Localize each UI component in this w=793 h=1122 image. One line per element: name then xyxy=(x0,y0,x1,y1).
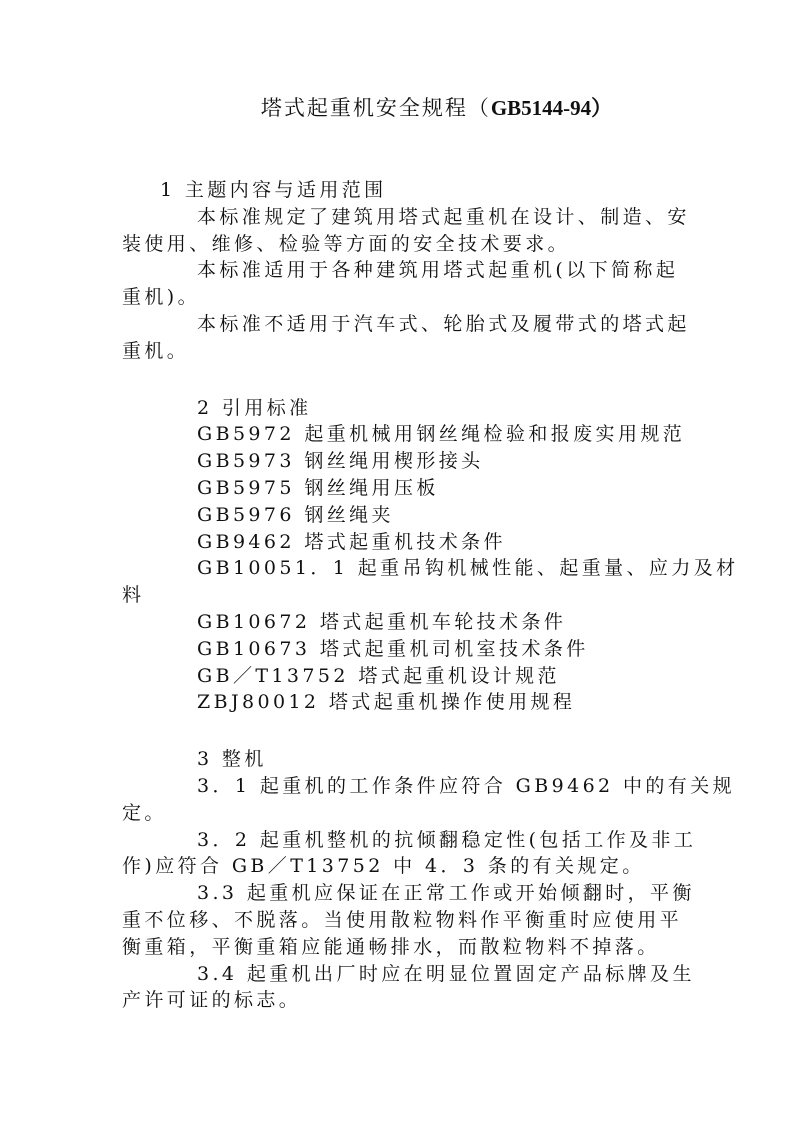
paragraph-line: 衡重箱，平衡重箱应能通畅排水，而散粒物料不掉落。 xyxy=(122,934,662,961)
reference-code: GB5973 xyxy=(197,450,295,472)
paragraph-line: 重不位移、不脱落。当使用散粒物料作平衡重时应使用平 xyxy=(122,907,662,934)
reference-title: 塔式起重机技术条件 xyxy=(304,531,506,553)
reference-title: 起重吊钩机械性能、起重量、应力及材 xyxy=(358,557,739,579)
reference-item: GB／T13752 塔式起重机设计规范 xyxy=(122,663,662,690)
paragraph-line: 装使用、维修、检验等方面的安全技术要求。 xyxy=(122,231,662,258)
paragraph-line: 定。 xyxy=(122,800,662,827)
paragraph-line: 3.3 起重机应保证在正常工作或开始倾翻时，平衡 xyxy=(122,880,662,907)
reference-title: 起重机械用钢丝绳检验和报废实用规范 xyxy=(304,423,685,445)
title-standard-code: GB5144-94） xyxy=(491,96,612,120)
reference-item: GB5976 钢丝绳夹 xyxy=(122,502,662,529)
title-text: 塔式起重机安全规程（ xyxy=(261,96,491,120)
paragraph-line: 3.4 起重机出厂时应在明显位置固定产品标牌及生 xyxy=(122,961,662,988)
reference-item: GB5973 钢丝绳用楔形接头 xyxy=(122,448,662,475)
reference-item: GB10672 塔式起重机车轮技术条件 xyxy=(122,609,662,636)
reference-code: GB10673 xyxy=(197,638,310,660)
reference-item: GB10673 塔式起重机司机室技术条件 xyxy=(122,636,662,663)
reference-code: GB5972 xyxy=(197,423,295,445)
paragraph-line: 3．1 起重机的工作条件应符合 GB9462 中的有关规 xyxy=(122,773,662,800)
reference-code: GB／T13752 xyxy=(197,665,349,687)
reference-item: ZBJ80012 塔式起重机操作使用规程 xyxy=(122,689,662,716)
paragraph-line: 重机。 xyxy=(122,338,662,365)
spacer xyxy=(122,716,662,746)
reference-code: GB10051．1 xyxy=(197,557,348,579)
reference-item: GB5975 钢丝绳用压板 xyxy=(122,475,662,502)
paragraph-line: 本标准规定了建筑用塔式起重机在设计、制造、安 xyxy=(122,204,662,231)
reference-item-wrap: 料 xyxy=(122,582,662,609)
document-page: 塔式起重机安全规程（GB5144-94） 1 主题内容与适用范围 本标准规定了建… xyxy=(0,0,793,1122)
document-body: 1 主题内容与适用范围 本标准规定了建筑用塔式起重机在设计、制造、安 装使用、维… xyxy=(122,177,662,1014)
reference-code: GB5975 xyxy=(197,477,295,499)
reference-code: GB9462 xyxy=(197,531,295,553)
paragraph-line: 本标准适用于各种建筑用塔式起重机(以下简称起 xyxy=(122,257,662,284)
paragraph-line: 重机)。 xyxy=(122,284,662,311)
reference-title: 钢丝绳用楔形接头 xyxy=(304,450,483,472)
paragraph-line: 3．2 起重机整机的抗倾翻稳定性(包括工作及非工 xyxy=(122,827,662,854)
spacer xyxy=(122,365,662,395)
section-heading-2: 2 引用标准 xyxy=(122,395,662,422)
reference-title: 塔式起重机车轮技术条件 xyxy=(320,611,566,633)
paragraph-line: 本标准不适用于汽车式、轮胎式及履带式的塔式起 xyxy=(122,311,662,338)
section-heading-1: 1 主题内容与适用范围 xyxy=(122,177,662,204)
reference-item: GB5972 起重机械用钢丝绳检验和报废实用规范 xyxy=(122,421,662,448)
paragraph-line: 作)应符合 GB／T13752 中 4．3 条的有关规定。 xyxy=(122,853,662,880)
reference-title: 钢丝绳夹 xyxy=(304,504,394,526)
reference-code: ZBJ80012 xyxy=(197,691,319,713)
reference-title: 塔式起重机司机室技术条件 xyxy=(320,638,589,660)
reference-code: GB10672 xyxy=(197,611,310,633)
paragraph-line: 产许可证的标志。 xyxy=(122,987,662,1014)
section-heading-3: 3 整机 xyxy=(122,746,662,773)
reference-item: GB9462 塔式起重机技术条件 xyxy=(122,529,662,556)
reference-title: 塔式起重机设计规范 xyxy=(358,665,560,687)
document-title: 塔式起重机安全规程（GB5144-94） xyxy=(0,92,793,122)
reference-title: 塔式起重机操作使用规程 xyxy=(329,691,575,713)
reference-code: GB5976 xyxy=(197,504,295,526)
reference-item: GB10051．1 起重吊钩机械性能、起重量、应力及材 xyxy=(122,555,662,582)
reference-title: 钢丝绳用压板 xyxy=(304,477,438,499)
